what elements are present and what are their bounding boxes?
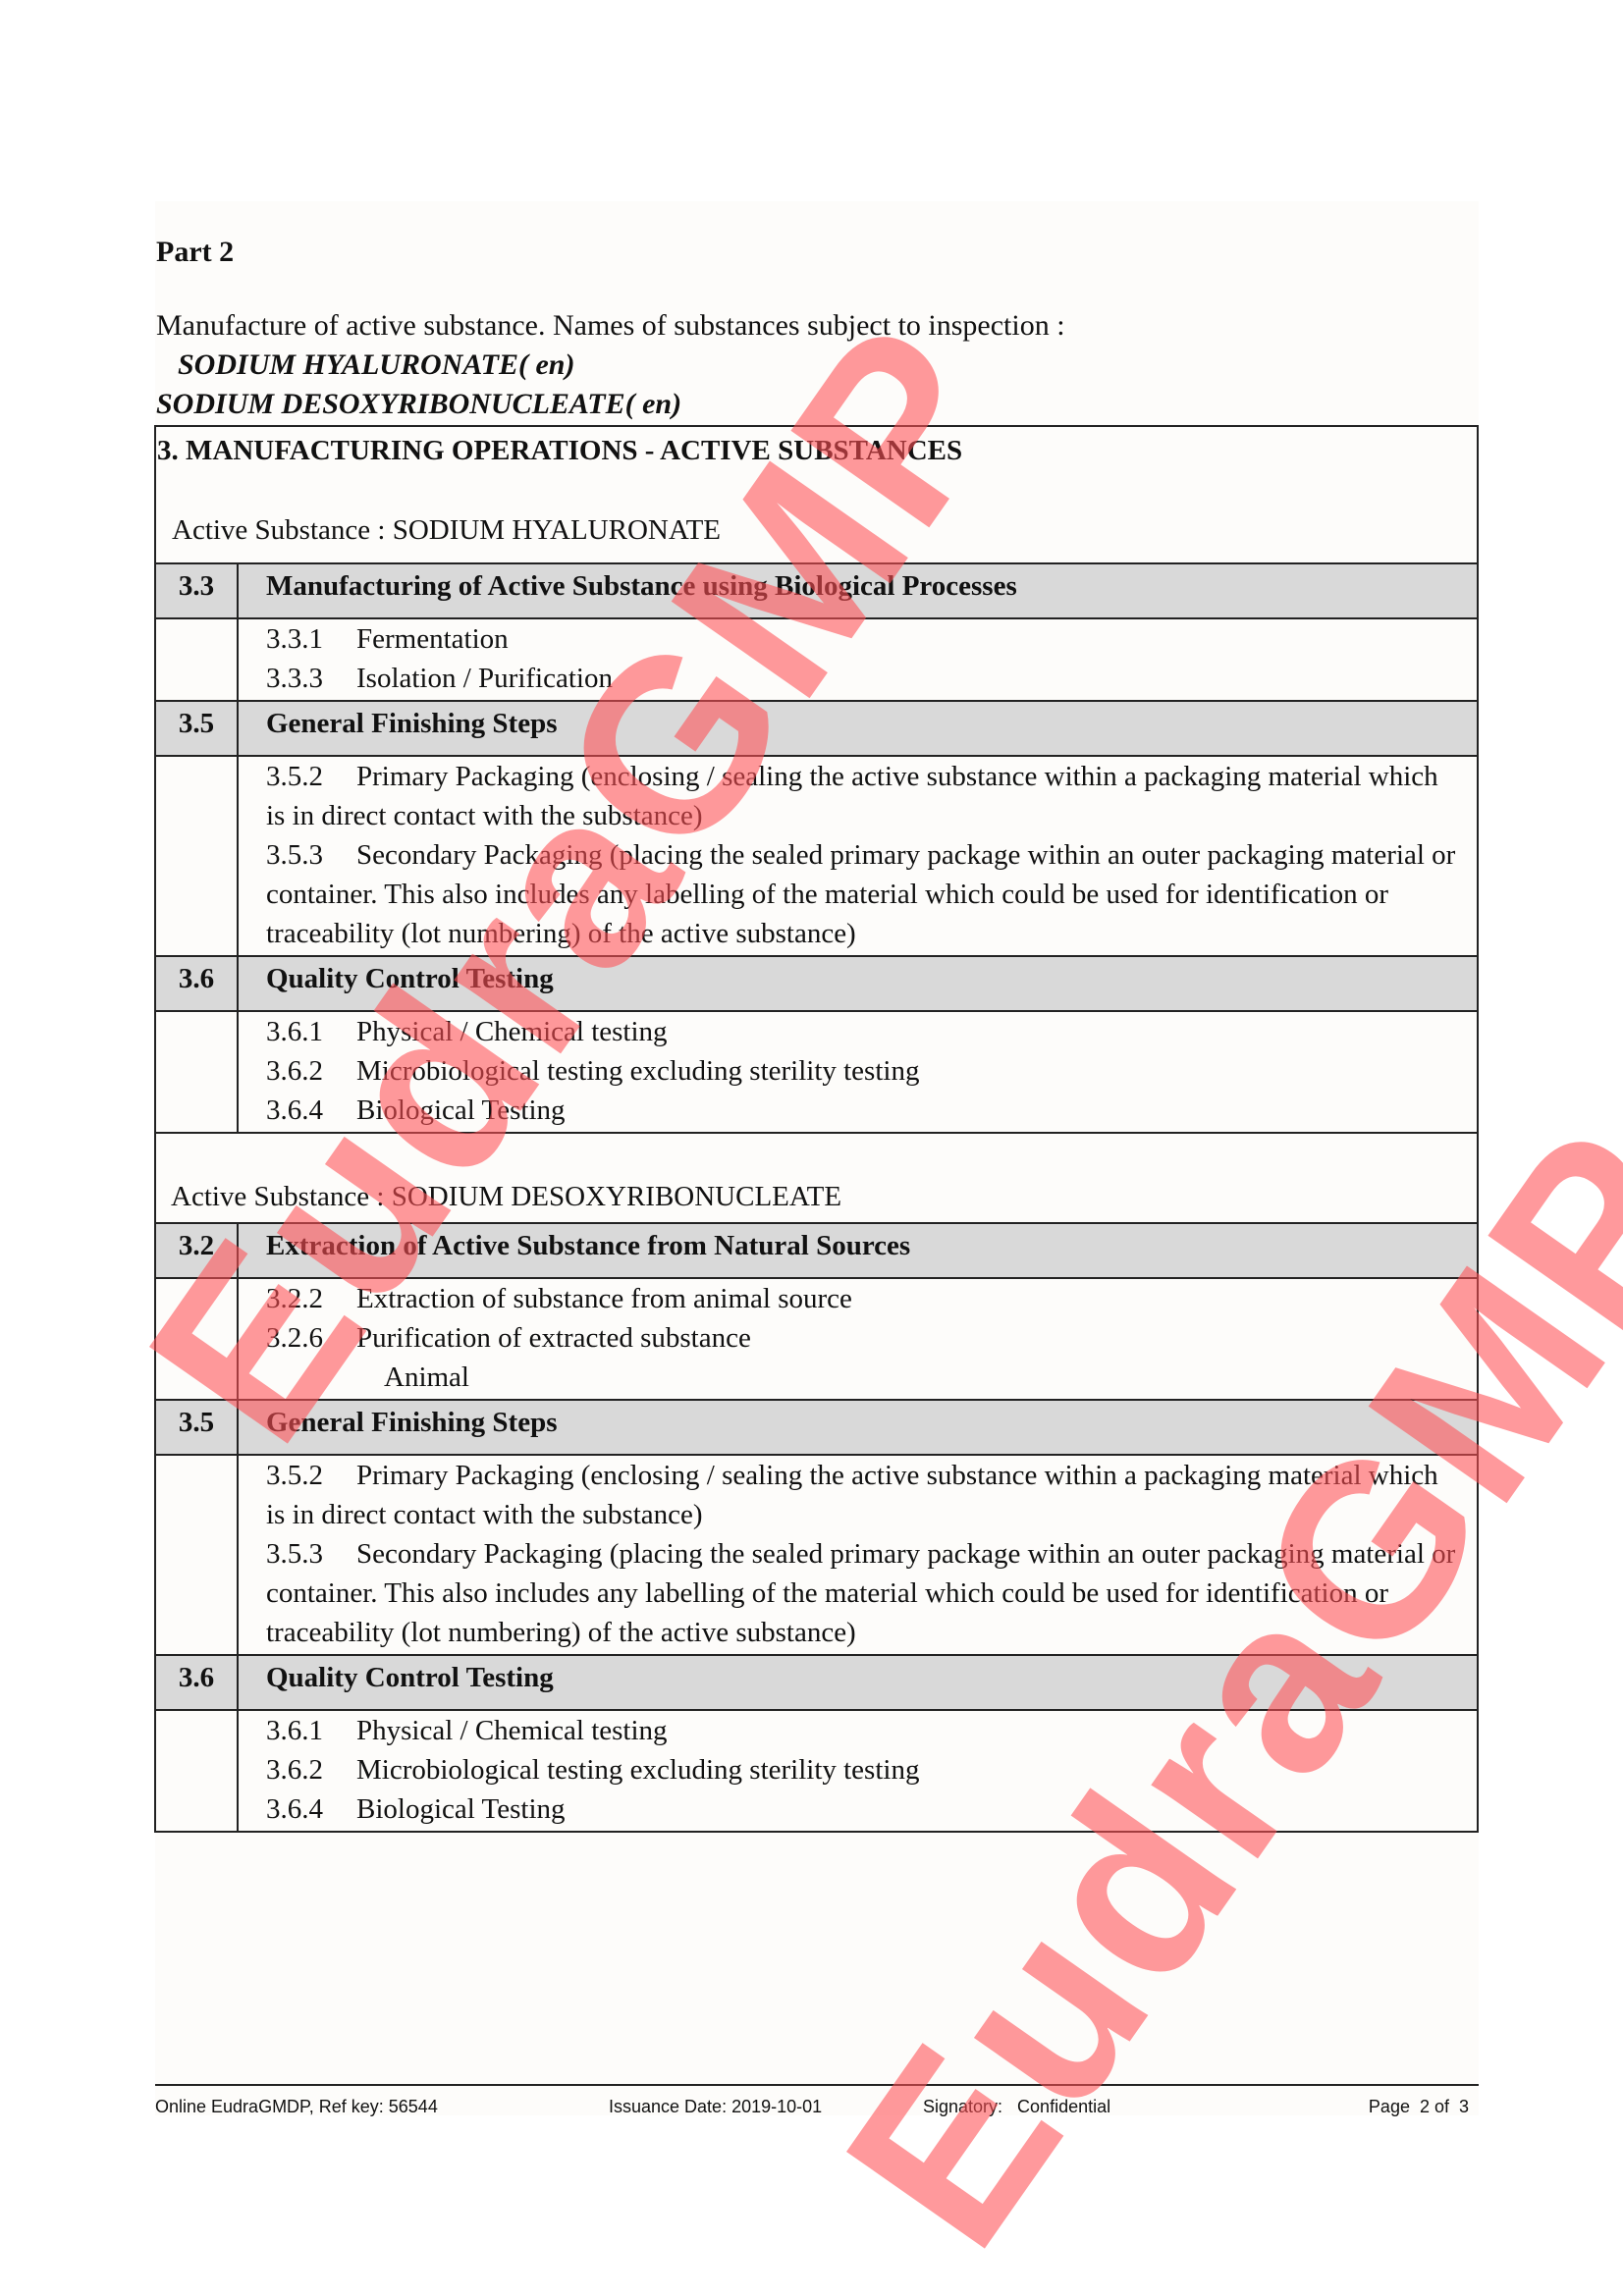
item-code: 3.3.3 [266,659,356,698]
section-header-row: 3.3Manufacturing of Active Substance usi… [155,563,1478,618]
substance-name: SODIUM HYALURONATE( en) [156,346,1065,385]
section-items: 3.5.2Primary Packaging (enclosing / seal… [238,1455,1478,1655]
section-number: 3.6 [155,956,238,1011]
section-title: Extraction of Active Substance from Natu… [238,1223,1478,1278]
list-item: 3.6.2Microbiological testing excluding s… [266,1750,1457,1789]
list-item: 3.5.3Secondary Packaging (placing the se… [266,835,1457,953]
footer-signatory: Signatory: Confidential [923,2097,1110,2117]
section-items-row: 3.5.2Primary Packaging (enclosing / seal… [155,756,1478,956]
list-item: 3.5.2Primary Packaging (enclosing / seal… [266,757,1457,835]
list-item: 3.3.1Fermentation [266,619,1457,659]
footer-issuance-date: Issuance Date: 2019-10-01 [609,2097,822,2117]
intro-block: Manufacture of active substance. Names o… [156,306,1065,424]
item-text: Extraction of substance from animal sour… [356,1283,852,1314]
section-header-row: 3.2Extraction of Active Substance from N… [155,1223,1478,1278]
active-substance-label: Active Substance : SODIUM DESOXYRIBONUCL… [156,1177,1477,1216]
list-item: 3.6.4Biological Testing [266,1091,1457,1130]
item-code: 3.6.4 [266,1789,356,1829]
list-item: 3.6.2Microbiological testing excluding s… [266,1051,1457,1091]
list-item: 3.6.1Physical / Chemical testing [266,1711,1457,1750]
item-code: 3.6.1 [266,1012,356,1051]
substance-name: SODIUM DESOXYRIBONUCLEATE( en) [156,385,1065,424]
item-code: 3.3.1 [266,619,356,659]
section-items: 3.3.1Fermentation3.3.3Isolation / Purifi… [238,618,1478,701]
section-items-row: 3.2.2Extraction of substance from animal… [155,1278,1478,1400]
section-title: Manufacturing of Active Substance using … [238,563,1478,618]
item-text: Primary Packaging (enclosing / sealing t… [266,1460,1438,1530]
section-number: 3.3 [155,563,238,618]
item-code: 3.2.2 [266,1279,356,1318]
item-code: 3.6.2 [266,1051,356,1091]
list-item: 3.6.4Biological Testing [266,1789,1457,1829]
part-title: Part 2 [156,236,234,269]
list-item: 3.3.3Isolation / Purification [266,659,1457,698]
item-code: 3.6.2 [266,1750,356,1789]
item-code: 3.5.2 [266,1456,356,1495]
active-substance-row: Active Substance : SODIUM DESOXYRIBONUCL… [155,1133,1478,1223]
item-code: 3.5.3 [266,1534,356,1574]
footer-page-number: Page 2 of 3 [1369,2097,1469,2117]
operations-heading-row: 3. MANUFACTURING OPERATIONS - ACTIVE SUB… [155,426,1478,563]
item-text: Physical / Chemical testing [356,1715,668,1746]
section-number: 3.5 [155,1400,238,1455]
item-text: Purification of extracted substance [356,1322,751,1354]
section-header-row: 3.6Quality Control Testing [155,1655,1478,1710]
item-code: 3.6.4 [266,1091,356,1130]
item-text: Microbiological testing excluding steril… [356,1055,919,1087]
section-number: 3.5 [155,701,238,756]
section-items: 3.5.2Primary Packaging (enclosing / seal… [238,756,1478,956]
list-item: 3.2.6Purification of extracted substance… [266,1318,1457,1397]
section-header-row: 3.5General Finishing Steps [155,701,1478,756]
section-items-row: 3.5.2Primary Packaging (enclosing / seal… [155,1455,1478,1655]
section-items-row: 3.6.1Physical / Chemical testing3.6.2Mic… [155,1011,1478,1133]
item-code: 3.5.3 [266,835,356,875]
section-number: 3.2 [155,1223,238,1278]
intro-text: Manufacture of active substance. Names o… [156,309,1065,342]
section-items-row: 3.6.1Physical / Chemical testing3.6.2Mic… [155,1710,1478,1832]
manufacturing-operations-table: 3. MANUFACTURING OPERATIONS - ACTIVE SUB… [154,425,1479,1833]
list-item: 3.5.2Primary Packaging (enclosing / seal… [266,1456,1457,1534]
item-text: Primary Packaging (enclosing / sealing t… [266,761,1438,831]
section-items: 3.2.2Extraction of substance from animal… [238,1278,1478,1400]
section-header-row: 3.6Quality Control Testing [155,956,1478,1011]
section-items: 3.6.1Physical / Chemical testing3.6.2Mic… [238,1011,1478,1133]
section-title: General Finishing Steps [238,1400,1478,1455]
list-item: 3.2.2Extraction of substance from animal… [266,1279,1457,1318]
item-text: Isolation / Purification [356,663,613,694]
section-items: 3.6.1Physical / Chemical testing3.6.2Mic… [238,1710,1478,1832]
section-header-row: 3.5General Finishing Steps [155,1400,1478,1455]
operations-heading: 3. MANUFACTURING OPERATIONS - ACTIVE SUB… [157,431,1477,470]
section-items-row: 3.3.1Fermentation3.3.3Isolation / Purifi… [155,618,1478,701]
item-note: Animal [266,1358,1457,1397]
item-text: Physical / Chemical testing [356,1016,668,1047]
section-title: Quality Control Testing [238,1655,1478,1710]
section-title: Quality Control Testing [238,956,1478,1011]
item-code: 3.5.2 [266,757,356,796]
item-code: 3.2.6 [266,1318,356,1358]
footer-divider [155,2084,1479,2086]
section-title: General Finishing Steps [238,701,1478,756]
item-text: Secondary Packaging (placing the sealed … [266,839,1455,949]
item-text: Biological Testing [356,1793,566,1825]
list-item: 3.5.3Secondary Packaging (placing the se… [266,1534,1457,1652]
item-text: Secondary Packaging (placing the sealed … [266,1538,1455,1648]
item-text: Fermentation [356,623,509,655]
section-number: 3.6 [155,1655,238,1710]
active-substance-label: Active Substance : SODIUM HYALURONATE [157,510,1477,550]
item-text: Microbiological testing excluding steril… [356,1754,919,1786]
list-item: 3.6.1Physical / Chemical testing [266,1012,1457,1051]
item-text: Biological Testing [356,1095,566,1126]
item-code: 3.6.1 [266,1711,356,1750]
footer-ref-key: Online EudraGMDP, Ref key: 56544 [155,2097,438,2117]
